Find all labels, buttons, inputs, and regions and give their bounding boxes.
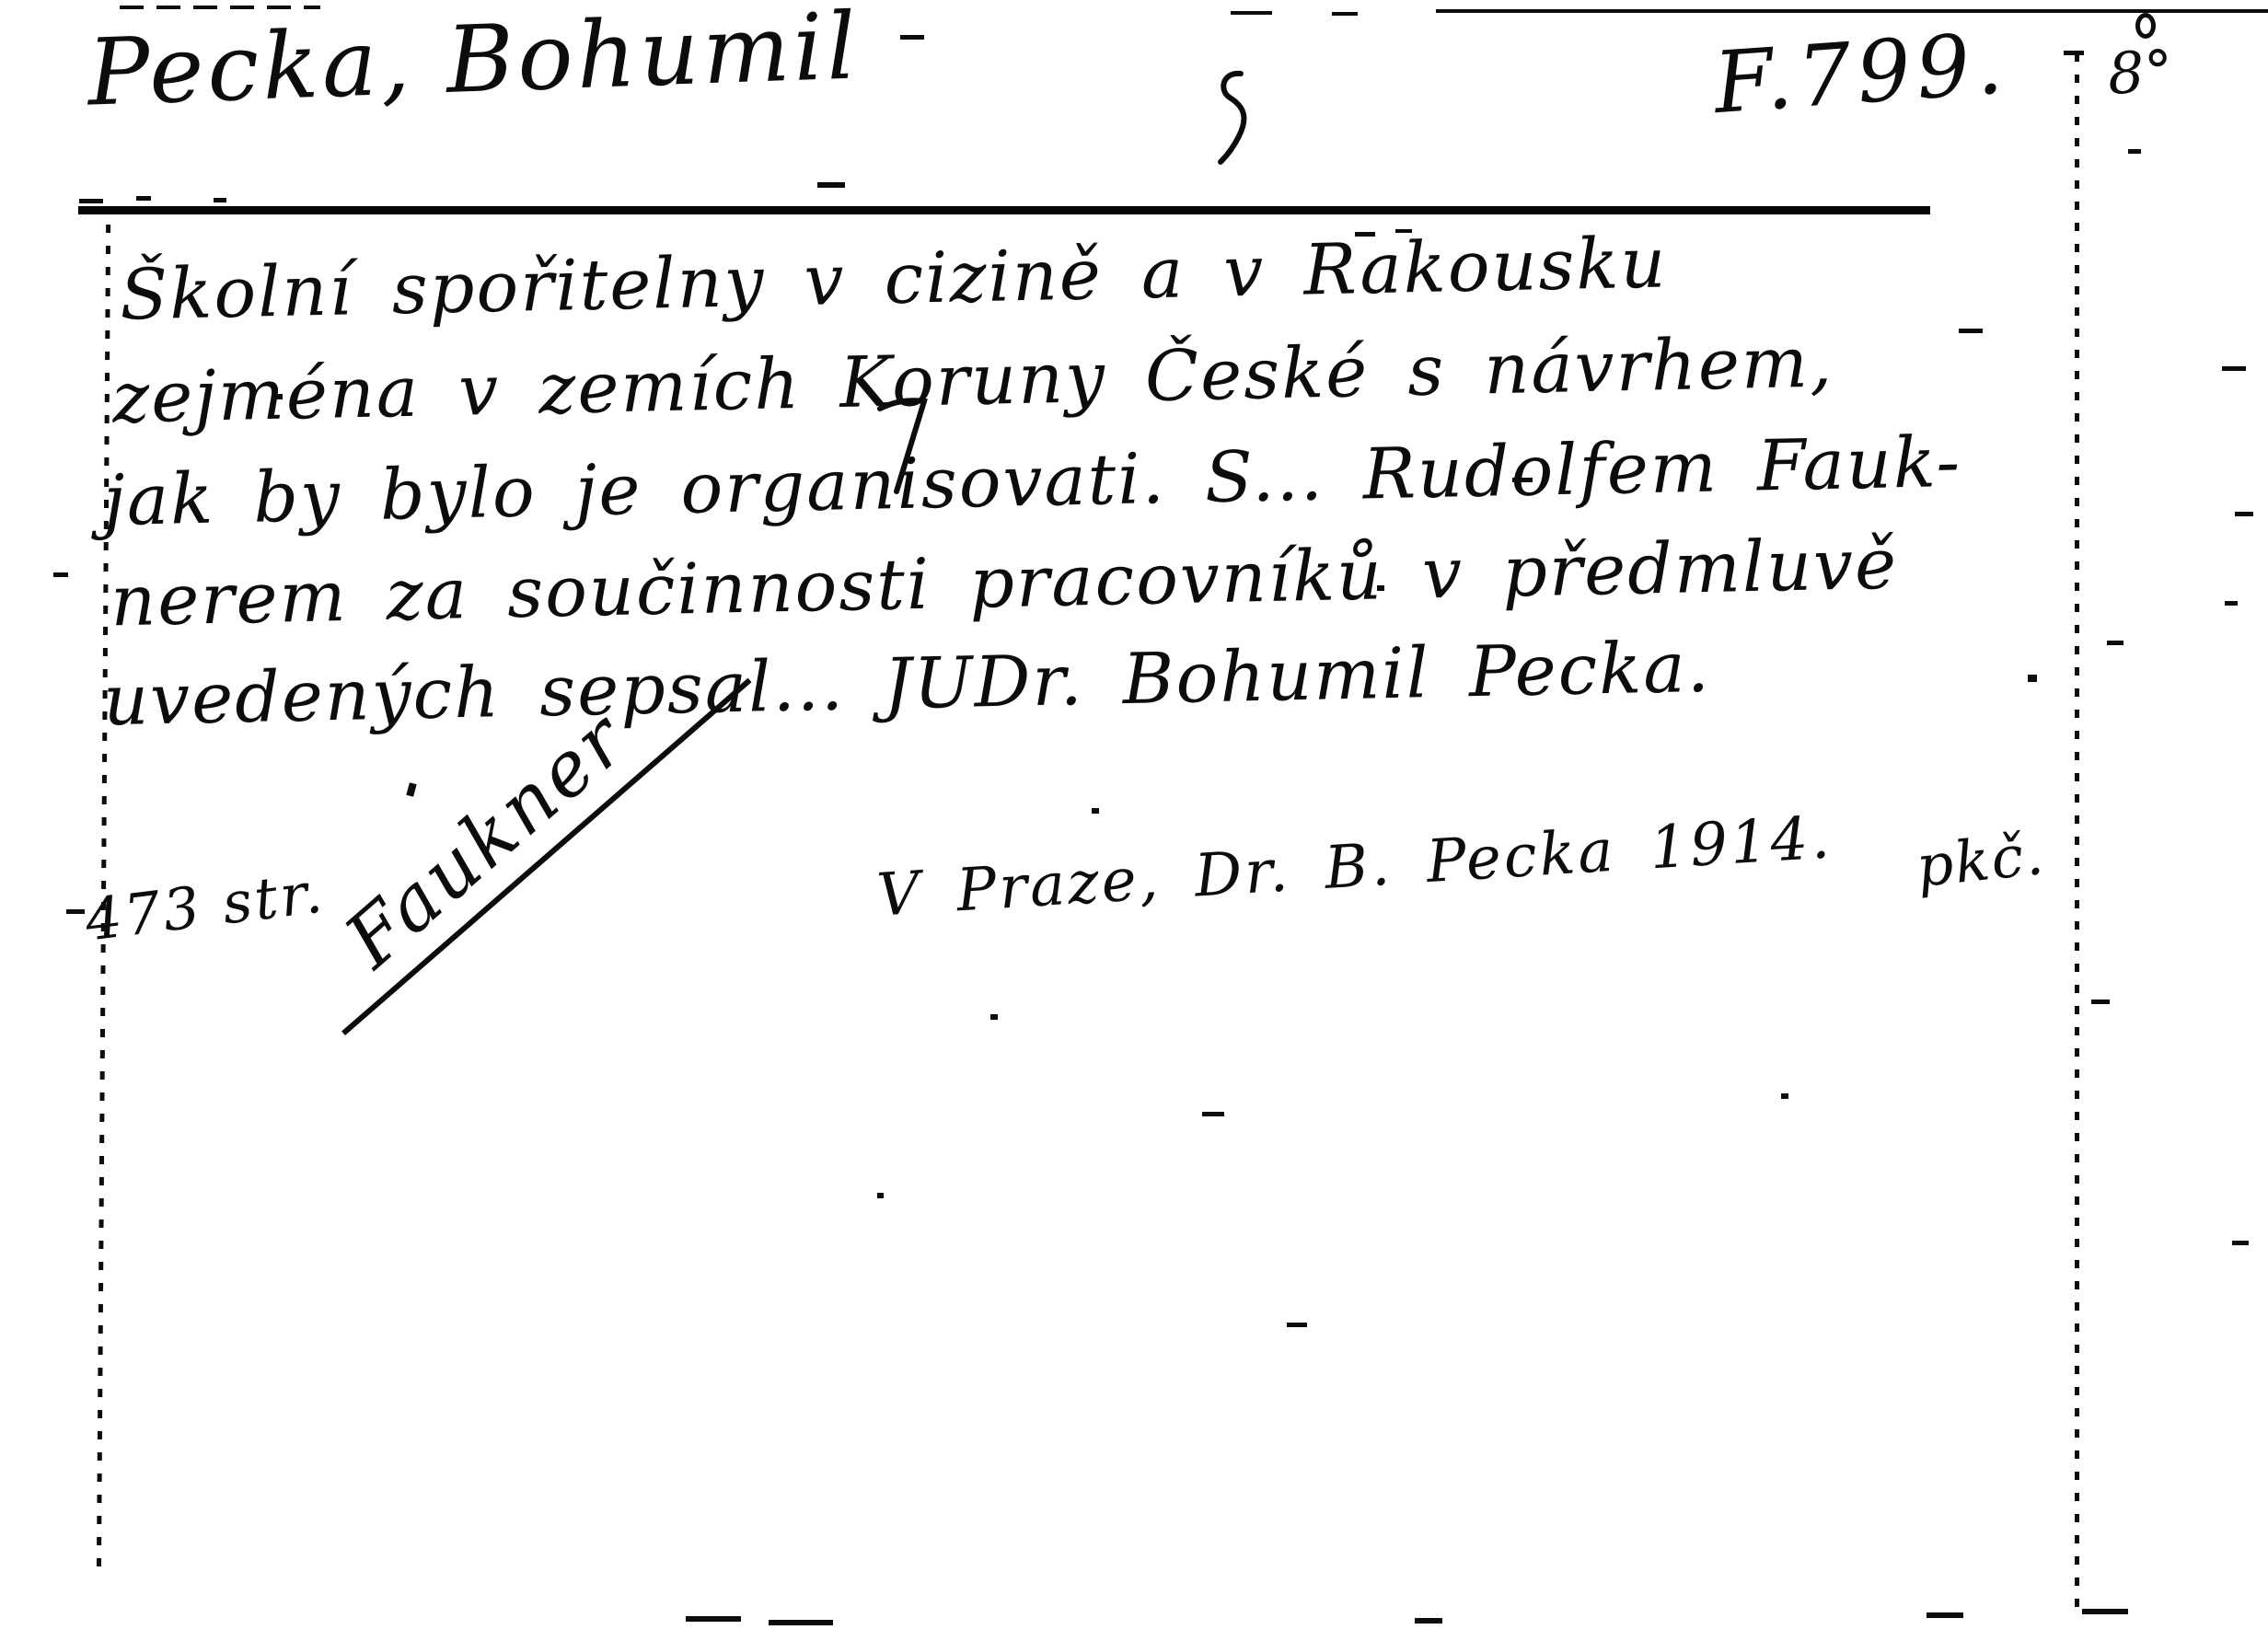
scan-speck [1092, 808, 1099, 814]
bottom-edge-dash [2082, 1609, 2128, 1614]
catalog-card: Pecka, Bohumil F.799. 8° Školní spořitel… [0, 0, 2268, 1641]
scan-speck [1395, 229, 1412, 233]
scan-speck [1287, 1323, 1307, 1327]
scan-speck [2128, 149, 2141, 154]
body-line: Školní spořitelny v cizině a v Rakousku [119, 221, 1668, 335]
body-line: jak by bylo je organisovati. S... Rudolf… [102, 421, 1962, 541]
scan-speck [2064, 51, 2084, 55]
scan-speck [1781, 1093, 1788, 1099]
call-number: F.799. [1711, 14, 2011, 133]
stray-ink-squiggle [1213, 66, 1259, 168]
scan-speck [1377, 585, 1384, 591]
scan-speck [990, 1014, 998, 1020]
scan-speck [1512, 478, 1533, 482]
author-heading: Pecka, Bohumil [86, 0, 862, 127]
bottom-edge-dash [769, 1620, 833, 1625]
top-edge-dashed-line [120, 6, 320, 9]
top-edge-dash [1332, 12, 1358, 16]
scan-speck [2028, 675, 2037, 682]
scan-speck [900, 35, 924, 40]
header-divider-rule [78, 206, 1930, 214]
scan-speck [2091, 1000, 2110, 1004]
scan-speck [2222, 366, 2246, 371]
right-margin-dotted-line [2075, 53, 2079, 1607]
body-line: uvedených sepsal... JUDr. Bohumil Pecka. [102, 626, 1711, 742]
imprint-line: V Praze, Dr. B. Pecka 1914. [875, 803, 1834, 930]
top-edge-dash [1231, 11, 1272, 15]
scan-speck [273, 394, 283, 399]
scan-speck [2235, 512, 2253, 516]
bottom-edge-dash [686, 1616, 741, 1622]
cross-reference-block: Faukner [345, 676, 888, 1035]
rule-fragment [214, 198, 226, 202]
insertion-caret-mark [876, 396, 931, 497]
scan-speck [2225, 601, 2238, 606]
body-line: zejména v zemích Koruny České s návrhem, [111, 320, 1834, 438]
scan-speck [53, 572, 68, 577]
rule-fragment [136, 196, 151, 201]
bottom-edge-dash [1927, 1612, 1963, 1618]
scan-speck [2232, 1241, 2249, 1245]
format-designation: 8° [2106, 37, 2174, 108]
extent-note: 473 str. [82, 858, 329, 953]
body-line: nerem za součinnosti pracovníků v předml… [110, 523, 1899, 642]
cataloguer-initials: pkč. [1914, 820, 2049, 900]
scan-speck [2107, 641, 2123, 645]
scan-speck [1202, 1112, 1224, 1116]
rule-fragment [79, 199, 103, 203]
scan-speck [66, 909, 85, 914]
scan-speck [877, 1193, 884, 1198]
format-superscript-mark [2135, 13, 2156, 39]
bottom-edge-dash [1415, 1618, 1442, 1624]
scan-speck [817, 182, 845, 188]
scan-speck [1959, 329, 1983, 333]
scan-speck [1355, 232, 1375, 237]
